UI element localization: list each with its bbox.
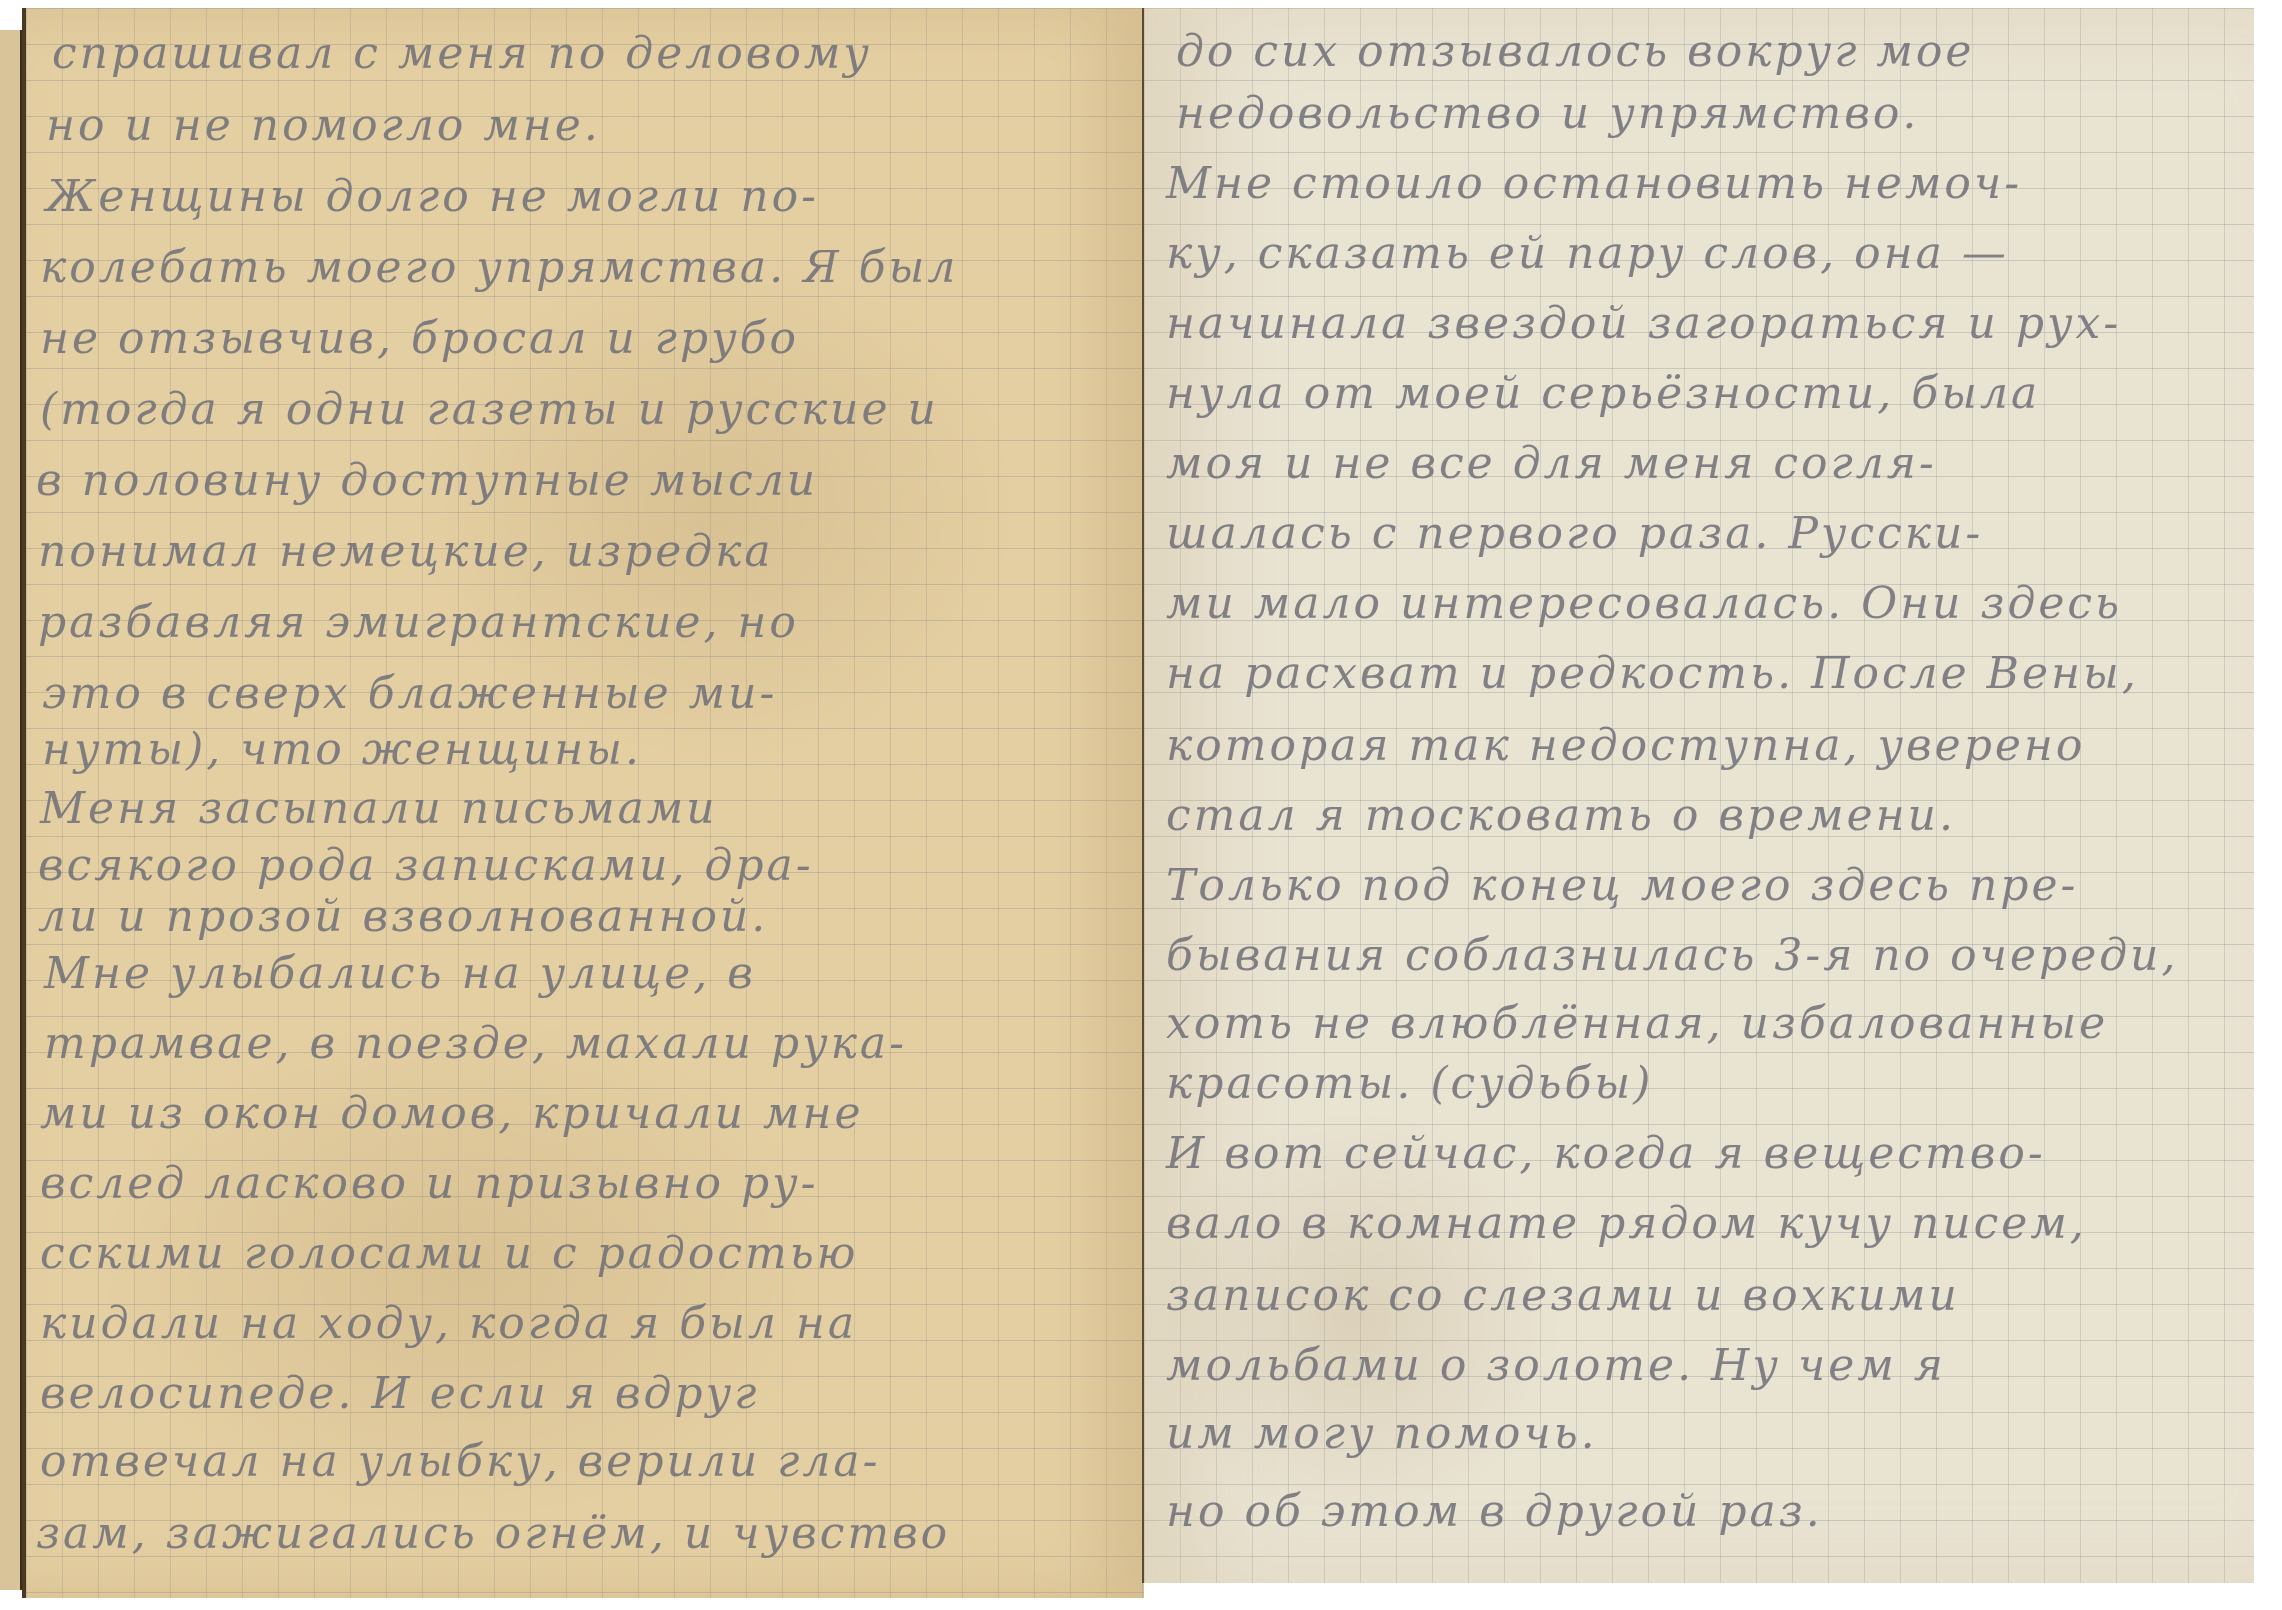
handwritten-line: Мне стоило остановить немоч-: [1166, 158, 2022, 209]
left-page: спрашивал с меня по деловому но и не пом…: [22, 8, 1144, 1598]
handwritten-line: моя и не все для меня согля-: [1166, 438, 1937, 489]
handwritten-line: но и не помогло мне.: [46, 100, 601, 151]
handwritten-line: ли и прозой взволнованной.: [38, 891, 768, 942]
handwritten-line: начинала звездой загораться и рух-: [1166, 298, 2121, 349]
right-page-text: до сих отзывалось вокруг мое недовольств…: [1144, 8, 2254, 1583]
handwritten-line: всякого рода записками, дра-: [38, 840, 814, 891]
handwritten-line: шалась с первого раза. Русски-: [1166, 508, 1983, 559]
handwritten-line: колебать моего упрямства. Я был: [40, 242, 958, 293]
handwritten-line: вало в комнате рядом кучу писем,: [1166, 1198, 2087, 1249]
handwritten-line: зам, зажигались огнём, и чувство: [36, 1508, 950, 1559]
handwritten-line: трамвае, в поезде, махали рука-: [44, 1018, 907, 1069]
handwritten-line: им могу помочь.: [1166, 1408, 1598, 1459]
previous-pages-edge: [0, 30, 22, 1590]
handwritten-line: это в сверх блаженные ми-: [42, 668, 777, 719]
handwritten-line: Женщины долго не могли по-: [46, 171, 819, 222]
handwritten-line: ку, сказать ей пару слов, она —: [1166, 228, 2009, 279]
right-page: до сих отзывалось вокруг мое недовольств…: [1142, 8, 2254, 1583]
handwritten-line: до сих отзывалось вокруг мое: [1176, 26, 1974, 77]
handwritten-line: на расхват и редкость. После Вены,: [1166, 648, 2139, 699]
handwritten-line: вслед ласково и призывно ру-: [40, 1158, 819, 1209]
handwritten-line: стал я тосковать о времени.: [1166, 790, 1956, 841]
handwritten-line: ми мало интересовалась. Они здесь: [1166, 578, 2122, 629]
handwritten-line: мольбами о золоте. Ну чем я: [1166, 1340, 1946, 1391]
handwritten-line: ми из окон домов, кричали мне: [40, 1088, 864, 1139]
handwritten-line: спрашивал с меня по деловому: [52, 28, 872, 79]
handwritten-line: И вот сейчас, когда я вещество-: [1166, 1128, 2046, 1179]
handwritten-line: понимал немецкие, изредка: [38, 526, 774, 577]
handwritten-line: отвечал на улыбку, верили гла-: [40, 1436, 881, 1487]
handwritten-line: записок со слезами и вохкими: [1166, 1270, 1960, 1321]
handwritten-line: нуты), что женщины.: [42, 724, 642, 775]
notebook-spread: спрашивал с меня по деловому но и не пом…: [0, 0, 2282, 1610]
handwritten-line: сскими голосами и с радостью: [40, 1228, 858, 1279]
handwritten-line: не отзывчив, бросал и грубо: [40, 313, 799, 364]
handwritten-line: которая так недоступна, уверено: [1166, 720, 2085, 771]
handwritten-line: Мне улыбались на улице, в: [44, 948, 756, 999]
handwritten-line: в половину доступные мысли: [36, 455, 818, 506]
handwritten-line: велосипеде. И если я вдруг: [40, 1368, 759, 1419]
handwritten-line: красоты. (судьбы): [1166, 1058, 1653, 1109]
handwritten-line: Только под конец моего здесь пре-: [1166, 860, 2078, 911]
handwritten-line: Меня засыпали письмами: [40, 783, 718, 834]
handwritten-line: кидали на ходу, когда я был на: [40, 1298, 857, 1349]
handwritten-line: (тогда я одни газеты и русские и: [40, 384, 939, 435]
handwritten-line: хоть не влюблённая, избалованные: [1166, 998, 2108, 1049]
handwritten-line: но об этом в другой раз.: [1166, 1486, 1823, 1537]
left-page-text: спрашивал с меня по деловому но и не пом…: [26, 8, 1144, 1598]
handwritten-line: разбавляя эмигрантские, но: [38, 597, 799, 648]
handwritten-line: недовольство и упрямство.: [1176, 88, 1919, 139]
handwritten-line: нула от моей серьёзности, была: [1166, 368, 2040, 419]
handwritten-line: бывания соблазнилась 3-я по очереди,: [1166, 930, 2178, 981]
